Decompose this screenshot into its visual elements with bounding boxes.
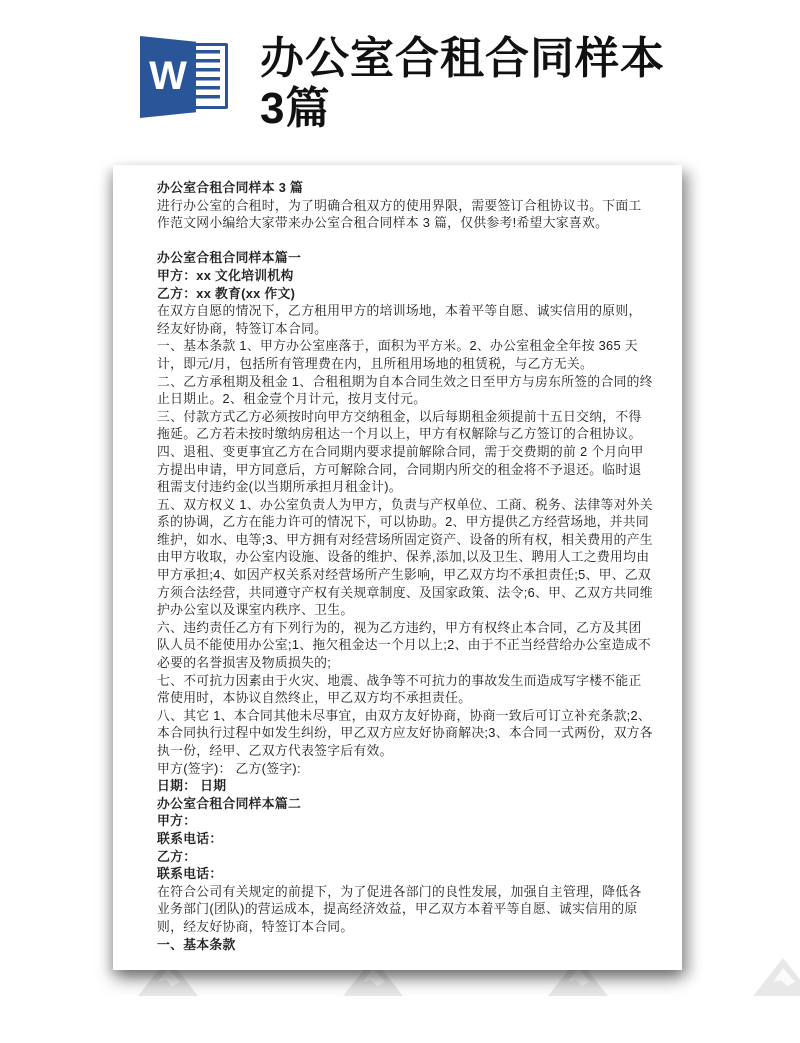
document-paragraph: 办公室合租合同样本 3 篇: [157, 179, 654, 197]
document-paragraph: 四、退租、变更事宜乙方在合同期内要求提前解除合同，需于交费期的前 2 个月向甲方…: [157, 443, 654, 496]
document-paragraph: 乙方：: [157, 848, 654, 866]
document-body: 办公室合租合同样本 3 篇进行办公室的合租时，为了明确合租双方的使用界限，需要签…: [113, 165, 682, 953]
page-title: 办公室合租合同样本3篇: [260, 34, 665, 134]
word-file-icon: W: [140, 36, 232, 118]
document-paragraph: 联系电话：: [157, 865, 654, 883]
document-paragraph: 甲方：: [157, 812, 654, 830]
document-paragraph: 甲方(签字)： 乙方(签字):: [157, 760, 654, 778]
document-paragraph: 联系电话：: [157, 830, 654, 848]
document-paragraph: 办公室合租合同样本篇一: [157, 249, 654, 267]
document-page: 办公室合租合同样本 3 篇进行办公室的合租时，为了明确合租双方的使用界限，需要签…: [113, 165, 682, 970]
page-background: { "header": { "icon_letter": "W", "icon_…: [0, 0, 800, 1043]
document-paragraph: 八、其它 1、本合同其他未尽事宜，由双方友好协商，协商一致后可订立补充条款;2、…: [157, 707, 654, 760]
word-icon-panel: W: [140, 36, 196, 118]
document-paragraph: 办公室合租合同样本篇二: [157, 795, 654, 813]
paragraph-spacer: [157, 232, 654, 250]
mountain-logo-watermark: [751, 956, 800, 998]
document-paragraph: 乙方：xx 教育(xx 作文): [157, 285, 654, 303]
page-title-line2: 3篇: [260, 84, 330, 133]
document-paragraph: 二、乙方承租期及租金 1、合租租期为自本合同生效之日至甲方与房东所签的合同的终止…: [157, 373, 654, 408]
document-paragraph: 一、基本条款: [157, 936, 654, 954]
document-paragraph: 甲方：xx 文化培训机构: [157, 267, 654, 285]
word-icon-letter: W: [149, 56, 187, 96]
page-title-line1: 办公室合租合同样本: [260, 34, 665, 83]
document-paragraph: 一、基本条款 1、甲方办公室座落于，面积为平方米。2、办公室租金全年按 365 …: [157, 337, 654, 372]
document-paragraph: 五、双方权义 1、办公室负责人为甲方，负责与产权单位、工商、税务、法律等对外关系…: [157, 496, 654, 619]
document-paragraph: 日期： 日期: [157, 777, 654, 795]
document-paragraph: 七、不可抗力因素由于火灾、地震、战争等不可抗力的事故发生而造成写字楼不能正常使用…: [157, 672, 654, 707]
document-paragraph: 进行办公室的合租时，为了明确合租双方的使用界限，需要签订合租协议书。下面工作范文…: [157, 197, 654, 232]
document-header: W 办公室合租合同样本3篇: [140, 34, 665, 134]
document-paragraph: 六、违约责任乙方有下列行为的，视为乙方违约，甲方有权终止本合同，乙方及其团队人员…: [157, 619, 654, 672]
document-paragraph: 在符合公司有关规定的前提下，为了促进各部门的良性发展，加强自主管理，降低各业务部…: [157, 883, 654, 936]
document-paragraph: 三、付款方式乙方必须按时向甲方交纳租金，以后每期租金须提前十五日交纳，不得拖延。…: [157, 408, 654, 443]
document-paragraph: 在双方自愿的情况下，乙方租用甲方的培训场地，本着平等自愿、诚实信用的原则，经友好…: [157, 302, 654, 337]
